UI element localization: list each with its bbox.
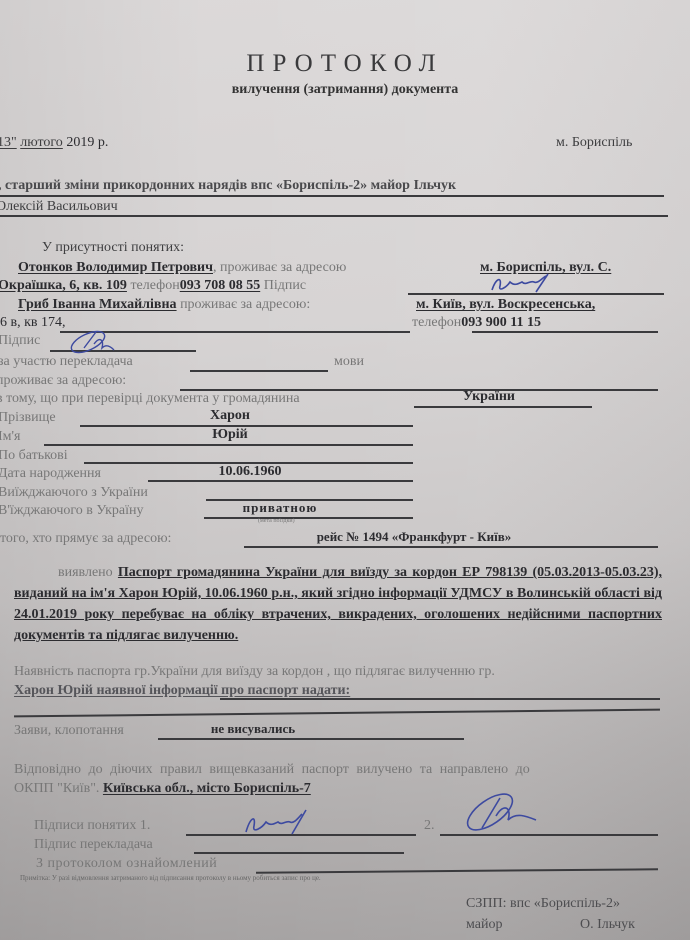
witness-2-signature (64, 326, 124, 356)
translator-sign-field (194, 852, 404, 854)
citizenship-field (414, 406, 592, 408)
according-line-2: ОКПП "Київ". Київська обл., місто Борисп… (14, 781, 311, 797)
presence-passport-value: Харон Юрій наявної інформації про паспор… (14, 683, 350, 699)
footnote: Примітка: У разі відмовлення затриманого… (20, 874, 321, 882)
date-month: лютого (20, 135, 63, 150)
route-label: того, хто прямує за адресою: (0, 531, 171, 547)
rank: майор (466, 917, 502, 933)
according-text: Відповідно до діючих правил вищевказаний… (14, 762, 530, 778)
presence-passport-text: Наявність паспорта гр.України для виїзду… (14, 664, 495, 680)
surname-label: Прізвище (0, 410, 56, 426)
departing-label: Виїжджаючого з України (0, 485, 148, 501)
document-subtitle: вилучення (затримання) документа (0, 82, 690, 98)
officer-line-1: , старший зміни прикордонних нарядів впс… (0, 178, 456, 194)
underline (220, 698, 660, 700)
arriving-value: приватною (200, 500, 360, 516)
witness-2-phone-line: телефон093 900 11 15 (412, 315, 541, 331)
witness-1-line-1: Отонков Володимир Петрович, проживає за … (18, 260, 346, 276)
document-title: ПРОТОКОЛ (0, 50, 690, 78)
witness-2-final-signature (456, 786, 546, 836)
witness-sign-2-label: 2. (424, 818, 435, 834)
witness-2-phone: 093 900 11 15 (461, 315, 541, 330)
signer-name: О. Ільчук (580, 917, 635, 933)
surname-value: Харон (130, 408, 330, 424)
route-value: рейс № 1494 «Франкфурт - Київ» (244, 529, 584, 545)
arriving-hint: (мета поїздки) (258, 518, 295, 524)
found-paragraph: виявлено Паспорт громадянина України для… (14, 562, 662, 646)
witness-1-line-2: Окраїшка, 6, кв. 109 телефон093 708 08 5… (0, 278, 306, 294)
translator-sign-label: Підпис перекладача (34, 837, 153, 853)
name-value: Юрій (130, 427, 330, 443)
language-label: мови (334, 354, 364, 370)
underline (0, 215, 668, 217)
underline (472, 331, 658, 333)
check-label: в тому, що при перевірці документа у гро… (0, 391, 300, 407)
presence-label: У присутності понятих: (42, 240, 184, 256)
witness-1-phone: 093 708 08 55 (180, 278, 261, 293)
arriving-label: В'їжджаючого в Україну (0, 503, 143, 519)
witness-1-name: Отонков Володимир Петрович (18, 260, 213, 275)
witness-1-final-signature (240, 808, 320, 838)
witness-signs-label: Підписи понятих 1. (34, 818, 150, 834)
witness-2-address-1: м. Київ, вул. Воскресенська, (416, 297, 595, 313)
org-line: СЗПП: впс «Бориспіль-2» (466, 896, 620, 912)
translator-address-label: проживає за адресою: (0, 373, 126, 389)
date-line: 13" лютого 2019 р. (0, 135, 108, 151)
witness-2-address-2: 6 в, кв 174, (0, 315, 66, 331)
witness-2-sign-label: Підпис (0, 333, 40, 349)
statements-value: не висувались (158, 721, 348, 737)
birth-value: 10.06.1960 (150, 464, 350, 480)
statements-label: Заяви, клопотання (14, 723, 124, 739)
officer-line-2: Олексій Васильович (0, 199, 118, 215)
underline (0, 195, 664, 197)
date-year: 2019 р. (66, 135, 108, 150)
acquainted-sign-field (256, 868, 658, 873)
birth-field (148, 480, 413, 482)
citizenship-value: України (414, 389, 564, 405)
statements-field (158, 738, 464, 740)
birth-label: Дата народження (0, 466, 101, 482)
witness-2-line-1: Гриб Іванна Михайлівна проживає за адрес… (18, 297, 310, 313)
witness-1-signature (488, 272, 558, 296)
place: м. Бориспіль (556, 135, 632, 151)
name-label: Ім'я (0, 429, 20, 445)
witness-1-address-2: Окраїшка, 6, кв. 109 (0, 278, 127, 293)
date-day: 13" (0, 135, 17, 150)
according-location: Київська обл., місто Бориспіль-7 (103, 781, 311, 796)
acquainted-label: З протоколом ознайомлений (36, 856, 217, 872)
name-field (44, 444, 413, 446)
arriving-field (204, 517, 413, 519)
translator-field (190, 370, 328, 372)
translator-label: за участю перекладача (0, 354, 133, 370)
route-field (244, 546, 658, 548)
underline (14, 709, 660, 717)
witness-2-name: Гриб Іванна Михайлівна (18, 297, 177, 312)
patronymic-label: По батькові (0, 448, 68, 464)
